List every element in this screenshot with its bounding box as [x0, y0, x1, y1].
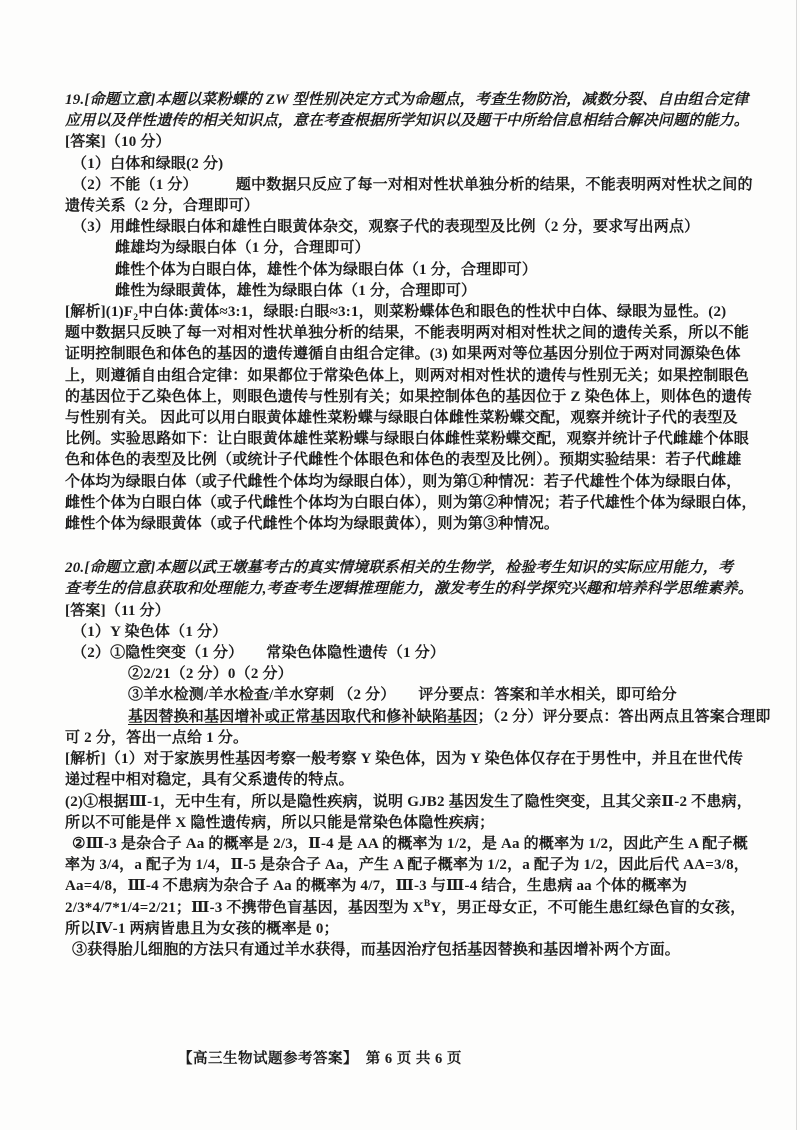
text-run: 的基因位于乙染色体上，则眼色遗传与性别有关；如果控制体色的基因位于 Z 染色体上…	[65, 389, 752, 405]
underlined-text: 基因替换和基因增补或正常基因取代和修补缺陷基因	[128, 709, 478, 725]
text-run: （1）Y 染色体（1 分）	[72, 624, 227, 640]
text-run: 雌性个体为绿眼黄体（或子代雌性个体均为绿眼黄体），则为第③种情况。	[65, 516, 559, 532]
text-line: 雌性个体为白眼白体，雄性个体为绿眼白体（1 分，合理即可）	[65, 260, 743, 281]
text-run: 应用以及伴性遗传的相关知识点，意在考查根据所学知识以及题干中所给信息相结合解决问…	[65, 113, 749, 129]
text-run: ③羊水检测/羊水检查/羊水穿刺 （2 分） 评分要点：答案和羊水相关，即可给分	[128, 687, 677, 703]
text-line: （1）白体和绿眼(2 分)	[65, 154, 743, 175]
text-run: ②Ⅲ-3 是杂合子 Aa 的概率是 2/3，Ⅱ-4 是 AA 的概率为 1/2，…	[72, 836, 748, 852]
text-line: 递过程中相对稳定，具有父系遗传的特点。	[65, 770, 743, 791]
text-line: [答案]（10 分）	[65, 132, 743, 153]
document-body: 19.[命题立意]本题以菜粉蝶的 ZW 型性别决定方式为命题点，考查生物防治，减…	[65, 90, 743, 961]
question-19-answer: 19.[命题立意]本题以菜粉蝶的 ZW 型性别决定方式为命题点，考查生物防治，减…	[65, 90, 743, 535]
text-line: 率为 3/4，a 配子为 1/4，Ⅱ-5 是杂合子 Aa，产生 A 配子概率为 …	[65, 855, 743, 876]
text-line: 遗传关系（2 分，合理即可）	[65, 196, 743, 217]
text-line: (2)①根据Ⅲ-1，无中生有，所以是隐性疾病，说明 GJB2 基因发生了隐性突变…	[65, 792, 743, 813]
text-run: [答案]（11 分）	[65, 603, 170, 619]
text-line: 个体均为绿眼白体（或子代雌性个体均为绿眼白体），则为第①种情况：若子代雄性个体为…	[65, 472, 743, 493]
text-line: （1）Y 染色体（1 分）	[65, 622, 743, 643]
text-run: 遗传关系（2 分，合理即可）	[65, 198, 259, 214]
question-20-answer: 20.[命题立意]本题以武王墩墓考古的真实情境联系相关的生物学，检验考生知识的实…	[65, 558, 743, 961]
text-line: 上，则遵循自由组合定律：如果都位于常染色体上，则两对相对性状的遗传与性别无关；如…	[65, 366, 743, 387]
text-run: 上，则遵循自由组合定律：如果都位于常染色体上，则两对相对性状的遗传与性别无关；如…	[65, 368, 749, 384]
footer-page-number: 第 6 页 共 6 页	[366, 1051, 462, 1067]
text-run: 率为 3/4，a 配子为 1/4，Ⅱ-5 是杂合子 Aa，产生 A 配子概率为 …	[65, 857, 749, 873]
text-line: 所以不可能是伴 X 隐性遗传病，所以只能是常染色体隐性疾病；	[65, 813, 743, 834]
text-run: (2)①根据Ⅲ-1，无中生有，所以是隐性疾病，说明 GJB2 基因发生了隐性突变…	[65, 794, 752, 810]
text-line: 2/3*4/7*1/4=2/21；Ⅲ-3 不携带色盲基因，基因型为 XBY，男正…	[65, 898, 743, 919]
text-run: 证明控制眼色和体色的基因的遗传遵循自由组合定律。(3) 如果两对等位基因分别位于…	[65, 346, 741, 362]
text-run: 20.[命题立意]本题以武王墩墓考古的真实情境联系相关的生物学，检验考生知识的实…	[65, 560, 733, 576]
page-footer: 【高三生物试题参考答案】 第 6 页 共 6 页	[178, 1047, 462, 1068]
text-run: Aa=4/8，Ⅲ-4 不患病为杂合子 Aa 的概率为 4/7，Ⅲ-3 与Ⅲ-4 …	[65, 878, 687, 894]
text-run: 题中数据只反映了每一对相对性状单独分析的结果，不能表明两对相对性状之间的遗传关系…	[65, 325, 749, 341]
footer-title: 【高三生物试题参考答案】	[178, 1051, 351, 1067]
text-run: 递过程中相对稳定，具有父系遗传的特点。	[65, 772, 354, 788]
text-line: 题中数据只反映了每一对相对性状单独分析的结果，不能表明两对相对性状之间的遗传关系…	[65, 323, 743, 344]
text-line: ③获得胎儿细胞的方法只有通过羊水获得，而基因治疗包括基因替换和基因增补两个方面。	[65, 940, 743, 961]
text-line: 19.[命题立意]本题以菜粉蝶的 ZW 型性别决定方式为命题点，考查生物防治，减…	[65, 90, 743, 111]
text-run: 中白体:黄体≈3:1，绿眼:白眼≈3:1，则菜粉蝶体色和眼色的性状中白体、绿眼为…	[138, 304, 726, 320]
text-run: 与性别有关。 因此可以用白眼黄体雄性菜粉蝶与绿眼白体雌性菜粉蝶交配，观察并统计子…	[65, 410, 738, 426]
text-run: 色和体色的表型及比例（或统计子代雌性个体眼色和体色的表型及比例）。预期实验结果：…	[65, 452, 742, 468]
text-run: 雌性为绿眼黄体，雄性为绿眼白体（1 分，合理即可）	[115, 283, 476, 299]
text-line: 雌性个体为白眼白体（或子代雌性个体均为白眼白体），则为第②种情况；若子代雄性个体…	[65, 493, 743, 514]
text-run: 19.[命题立意]本题以菜粉蝶的 ZW 型性别决定方式为命题点，考查生物防治，减…	[65, 92, 748, 108]
text-line: （2）不能（1 分） 题中数据只反应了每一对相对性状单独分析的结果，不能表明两对…	[65, 175, 743, 196]
text-line: 色和体色的表型及比例（或统计子代雌性个体眼色和体色的表型及比例）。预期实验结果：…	[65, 450, 743, 471]
text-run: 雌雄均为绿眼白体（1 分，合理即可）	[115, 240, 370, 256]
text-run: （1）白体和绿眼(2 分)	[72, 156, 223, 172]
text-line: 基因替换和基因增补或正常基因取代和修补缺陷基因；（2 分）评分要点：答出两点且答…	[65, 707, 743, 728]
text-line: 比例。实验思路如下：让白眼黄体雄性菜粉蝶与绿眼白体雌性菜粉蝶交配，观察并统计子代…	[65, 429, 743, 450]
text-line: （2）①隐性突变（1 分） 常染色体隐性遗传（1 分）	[65, 643, 743, 664]
scan-edge-line	[796, 0, 797, 1130]
text-run: 所以不可能是伴 X 隐性遗传病，所以只能是常染色体隐性疾病；	[65, 815, 494, 831]
text-line: ②2/21（2 分）0（2 分）	[65, 664, 743, 685]
text-line: 可 2 分，答出一点给 1 分。	[65, 728, 743, 749]
text-line: [解析]（1）对于家族男性基因考察一般考察 Y 染色体，因为 Y 染色体仅存在于…	[65, 749, 743, 770]
text-line: 雌性为绿眼黄体，雄性为绿眼白体（1 分，合理即可）	[65, 281, 743, 302]
text-line: 雌性个体为绿眼黄体（或子代雌性个体均为绿眼黄体），则为第③种情况。	[65, 514, 743, 535]
text-run: ③获得胎儿细胞的方法只有通过羊水获得，而基因治疗包括基因替换和基因增补两个方面。	[72, 942, 680, 958]
text-line: （3）用雌性绿眼白体和雄性白眼黄体杂交，观察子代的表现型及比例（2 分，要求写出…	[65, 217, 743, 238]
text-line: 证明控制眼色和体色的基因的遗传遵循自由组合定律。(3) 如果两对等位基因分别位于…	[65, 344, 743, 365]
text-run: （3）用雌性绿眼白体和雄性白眼黄体杂交，观察子代的表现型及比例（2 分，要求写出…	[72, 219, 699, 235]
text-line: 查考生的信息获取和处理能力,考查考生逻辑推理能力，激发考生的科学探究兴趣和培养科…	[65, 579, 743, 600]
text-run: 可 2 分，答出一点给 1 分。	[65, 730, 248, 746]
text-line: ③羊水检测/羊水检查/羊水穿刺 （2 分） 评分要点：答案和羊水相关，即可给分	[65, 685, 743, 706]
text-run: 比例。实验思路如下：让白眼黄体雄性菜粉蝶与绿眼白体雌性菜粉蝶交配，观察并统计子代…	[65, 431, 749, 447]
text-run: [答案]（10 分）	[65, 134, 171, 150]
text-run: ②2/21（2 分）0（2 分）	[128, 666, 293, 682]
text-line: ②Ⅲ-3 是杂合子 Aa 的概率是 2/3，Ⅱ-4 是 AA 的概率为 1/2，…	[65, 834, 743, 855]
text-run: ；（2 分）评分要点：答出两点且答案合理即	[478, 709, 771, 725]
text-run: 2/3*4/7*1/4=2/21；Ⅲ-3 不携带色盲基因，基因型为 X	[65, 900, 424, 916]
text-run: 雌性个体为白眼白体（或子代雌性个体均为白眼白体），则为第②种情况；若子代雄性个体…	[65, 495, 757, 511]
text-run: Y，男正母女正，不可能生患红绿色盲的女孩，	[430, 900, 745, 916]
text-line: 与性别有关。 因此可以用白眼黄体雄性菜粉蝶与绿眼白体雌性菜粉蝶交配，观察并统计子…	[65, 408, 743, 429]
text-run: （2）①隐性突变（1 分） 常染色体隐性遗传（1 分）	[72, 645, 445, 661]
text-run: 查考生的信息获取和处理能力,考查考生逻辑推理能力，激发考生的科学探究兴趣和培养科…	[65, 581, 753, 597]
text-line: 雌雄均为绿眼白体（1 分，合理即可）	[65, 238, 743, 259]
text-run: 所以Ⅳ-1 两病皆患且为女孩的概率是 0；	[65, 921, 339, 937]
text-line: 所以Ⅳ-1 两病皆患且为女孩的概率是 0；	[65, 919, 743, 940]
text-run: 雌性个体为白眼白体，雄性个体为绿眼白体（1 分，合理即可）	[115, 262, 537, 278]
text-line: 应用以及伴性遗传的相关知识点，意在考查根据所学知识以及题干中所给信息相结合解决问…	[65, 111, 743, 132]
text-line: Aa=4/8，Ⅲ-4 不患病为杂合子 Aa 的概率为 4/7，Ⅲ-3 与Ⅲ-4 …	[65, 876, 743, 897]
text-line: [解析](1)F2中白体:黄体≈3:1，绿眼:白眼≈3:1，则菜粉蝶体色和眼色的…	[65, 302, 743, 323]
footer-separator	[351, 1051, 366, 1067]
text-run: 个体均为绿眼白体（或子代雌性个体均为绿眼白体），则为第①种情况：若子代雄性个体为…	[65, 474, 742, 490]
text-run: [解析]（1）对于家族男性基因考察一般考察 Y 染色体，因为 Y 染色体仅存在于…	[65, 751, 743, 767]
text-run: （2）不能（1 分） 题中数据只反应了每一对相对性状单独分析的结果，不能表明两对…	[72, 177, 753, 193]
text-line: [答案]（11 分）	[65, 601, 743, 622]
text-line: 20.[命题立意]本题以武王墩墓考古的真实情境联系相关的生物学，检验考生知识的实…	[65, 558, 743, 579]
text-line: 的基因位于乙染色体上，则眼色遗传与性别有关；如果控制体色的基因位于 Z 染色体上…	[65, 387, 743, 408]
scanned-answer-page: { "footer": { "title": "【高三生物试题参考答案】", "…	[0, 0, 800, 1130]
text-run: [解析](1)F	[65, 304, 133, 320]
